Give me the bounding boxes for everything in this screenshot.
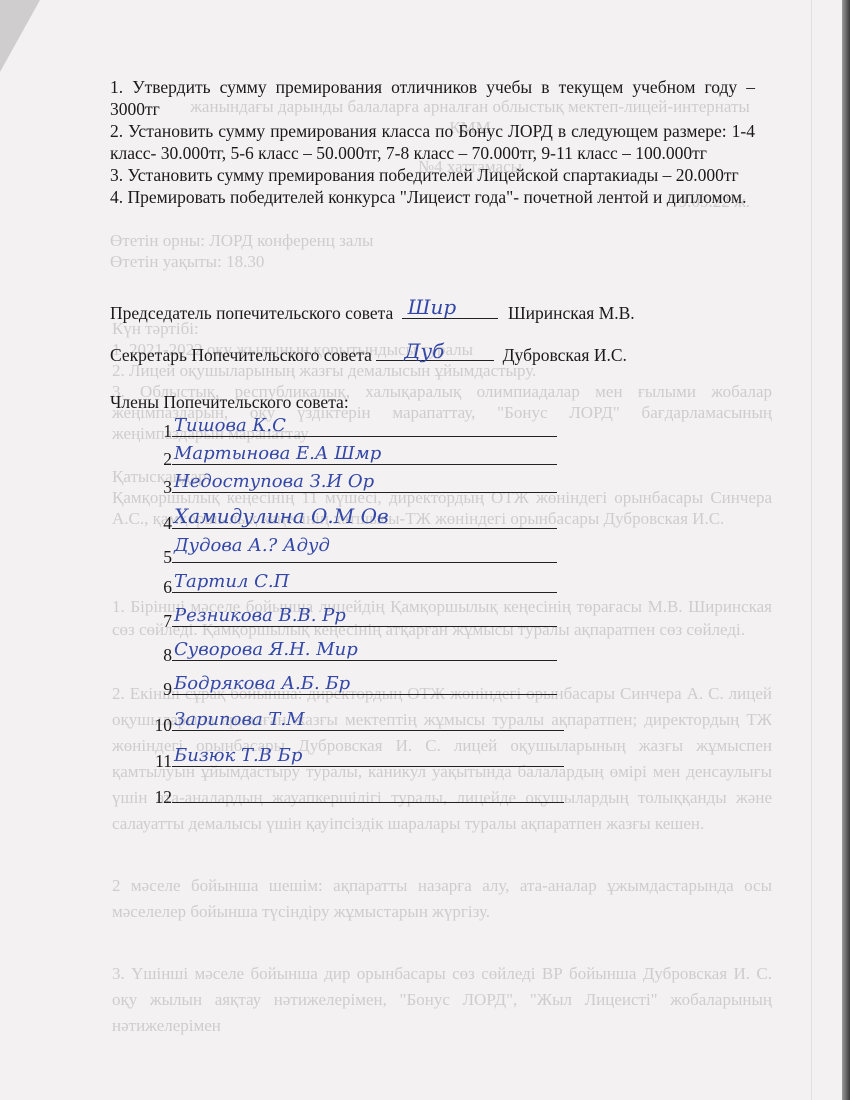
member-signature-line: Резникова В.В. Рр <box>172 606 557 627</box>
member-row: 3Недоступова З.И Ор <box>158 472 557 498</box>
member-number: 11 <box>150 751 172 772</box>
secretary-signature-row: Секретарь Попечительского совета Дуб Дуб… <box>110 342 627 366</box>
chairman-title: Председатель попечительского совета <box>110 303 393 323</box>
member-row: 2Мартынова Е.А Шмр <box>158 444 557 470</box>
member-row: 12 <box>150 782 564 808</box>
chairman-name: Ширинская М.В. <box>508 303 635 323</box>
member-signature-line: Бодрякова А.Б. Бр <box>172 674 557 695</box>
member-signature-line: Мартынова Е.А Шмр <box>172 444 557 465</box>
member-number: 3 <box>158 477 172 498</box>
member-signature: Тишова К.С <box>174 415 286 436</box>
resolution-item: 3. Установить сумму премирования победит… <box>110 164 755 186</box>
member-number: 2 <box>158 449 172 470</box>
members-title: Члены Попечительского совета: <box>110 392 349 413</box>
secretary-name: Дубровская И.С. <box>503 345 627 365</box>
member-signature-line: Бизюк Т.В Бр <box>172 746 564 767</box>
member-signature-line: Тишова К.С <box>172 416 557 437</box>
member-signature-line: Суворова Я.Н. Мир <box>172 640 557 661</box>
member-signature: Тартил С.П <box>174 571 289 592</box>
member-number: 12 <box>150 787 172 808</box>
member-signature: Резникова В.В. Рр <box>174 605 346 626</box>
member-signature-line <box>172 782 564 803</box>
resolution-item: 4. Премировать победителей конкурса "Лиц… <box>110 186 755 208</box>
resolutions-list: 1. Утвердить сумму премирования отличник… <box>110 76 755 208</box>
bleed-line: 2 мәселе бойынша шешім: ақпаратты назарғ… <box>112 873 772 925</box>
chairman-signature: Шир <box>408 296 457 318</box>
chairman-signature-row: Председатель попечительского совета Шир … <box>110 300 635 324</box>
bleed-line: Өтетін уақыты: 18.30 <box>110 251 750 272</box>
member-row: 9Бодрякова А.Б. Бр <box>158 674 557 700</box>
scanner-edge-strip <box>842 0 850 1100</box>
member-number: 9 <box>158 679 172 700</box>
member-signature-line: Недоступова З.И Ор <box>172 472 557 493</box>
resolution-item: 1. Утвердить сумму премирования отличник… <box>110 76 755 120</box>
member-signature: Недоступова З.И Ор <box>174 471 374 492</box>
member-signature: Бодрякова А.Б. Бр <box>174 673 350 694</box>
member-signature-line: Дудова А.? Адуд <box>172 542 557 563</box>
member-number: 4 <box>158 513 172 534</box>
member-signature-line: Тартил С.П <box>172 572 557 593</box>
member-signature: Хамидулина О.М Ов <box>174 504 389 528</box>
member-row: 11Бизюк Т.В Бр <box>150 746 564 772</box>
page-edge-line <box>811 0 812 1100</box>
member-row: 6Тартил С.П <box>158 572 557 598</box>
member-number: 6 <box>158 577 172 598</box>
member-signature: Бизюк Т.В Бр <box>174 745 302 766</box>
secretary-title: Секретарь Попечительского совета <box>110 345 372 365</box>
member-row: 10Зарипова Т.М <box>150 710 564 736</box>
resolution-item: 2. Установить сумму премирования класса … <box>110 120 755 164</box>
member-signature: Зарипова Т.М <box>174 709 305 730</box>
member-number: 8 <box>158 645 172 666</box>
bleed-line: Өтетін орны: ЛОРД конференц залы <box>110 230 750 251</box>
bleed-line: 3. Үшінші мәселе бойынша дир орынбасары … <box>112 961 772 1039</box>
member-signature-line: Хамидулина О.М Ов <box>172 508 557 529</box>
member-row: 7Резникова В.В. Рр <box>158 606 557 632</box>
member-signature: Суворова Я.Н. Мир <box>174 639 358 660</box>
member-number: 1 <box>158 421 172 442</box>
chairman-signature-line: Шир <box>402 300 498 319</box>
member-signature: Мартынова Е.А Шмр <box>174 443 381 464</box>
member-number: 10 <box>150 715 172 736</box>
member-row: 4Хамидулина О.М Ов <box>158 508 557 534</box>
member-number: 5 <box>158 547 172 568</box>
member-number: 7 <box>158 611 172 632</box>
member-row: 8Суворова Я.Н. Мир <box>158 640 557 666</box>
member-row: 5Дудова А.? Адуд <box>158 542 557 568</box>
member-signature-line: Зарипова Т.М <box>172 710 564 731</box>
secretary-signature-line: Дуб <box>376 342 494 361</box>
member-row: 1Тишова К.С <box>158 416 557 442</box>
member-signature: Дудова А.? Адуд <box>174 535 330 556</box>
folded-corner <box>0 0 40 72</box>
secretary-signature: Дуб <box>404 340 444 362</box>
scanned-page: жанындағы дарынды балаларға арналған обл… <box>0 0 842 1100</box>
